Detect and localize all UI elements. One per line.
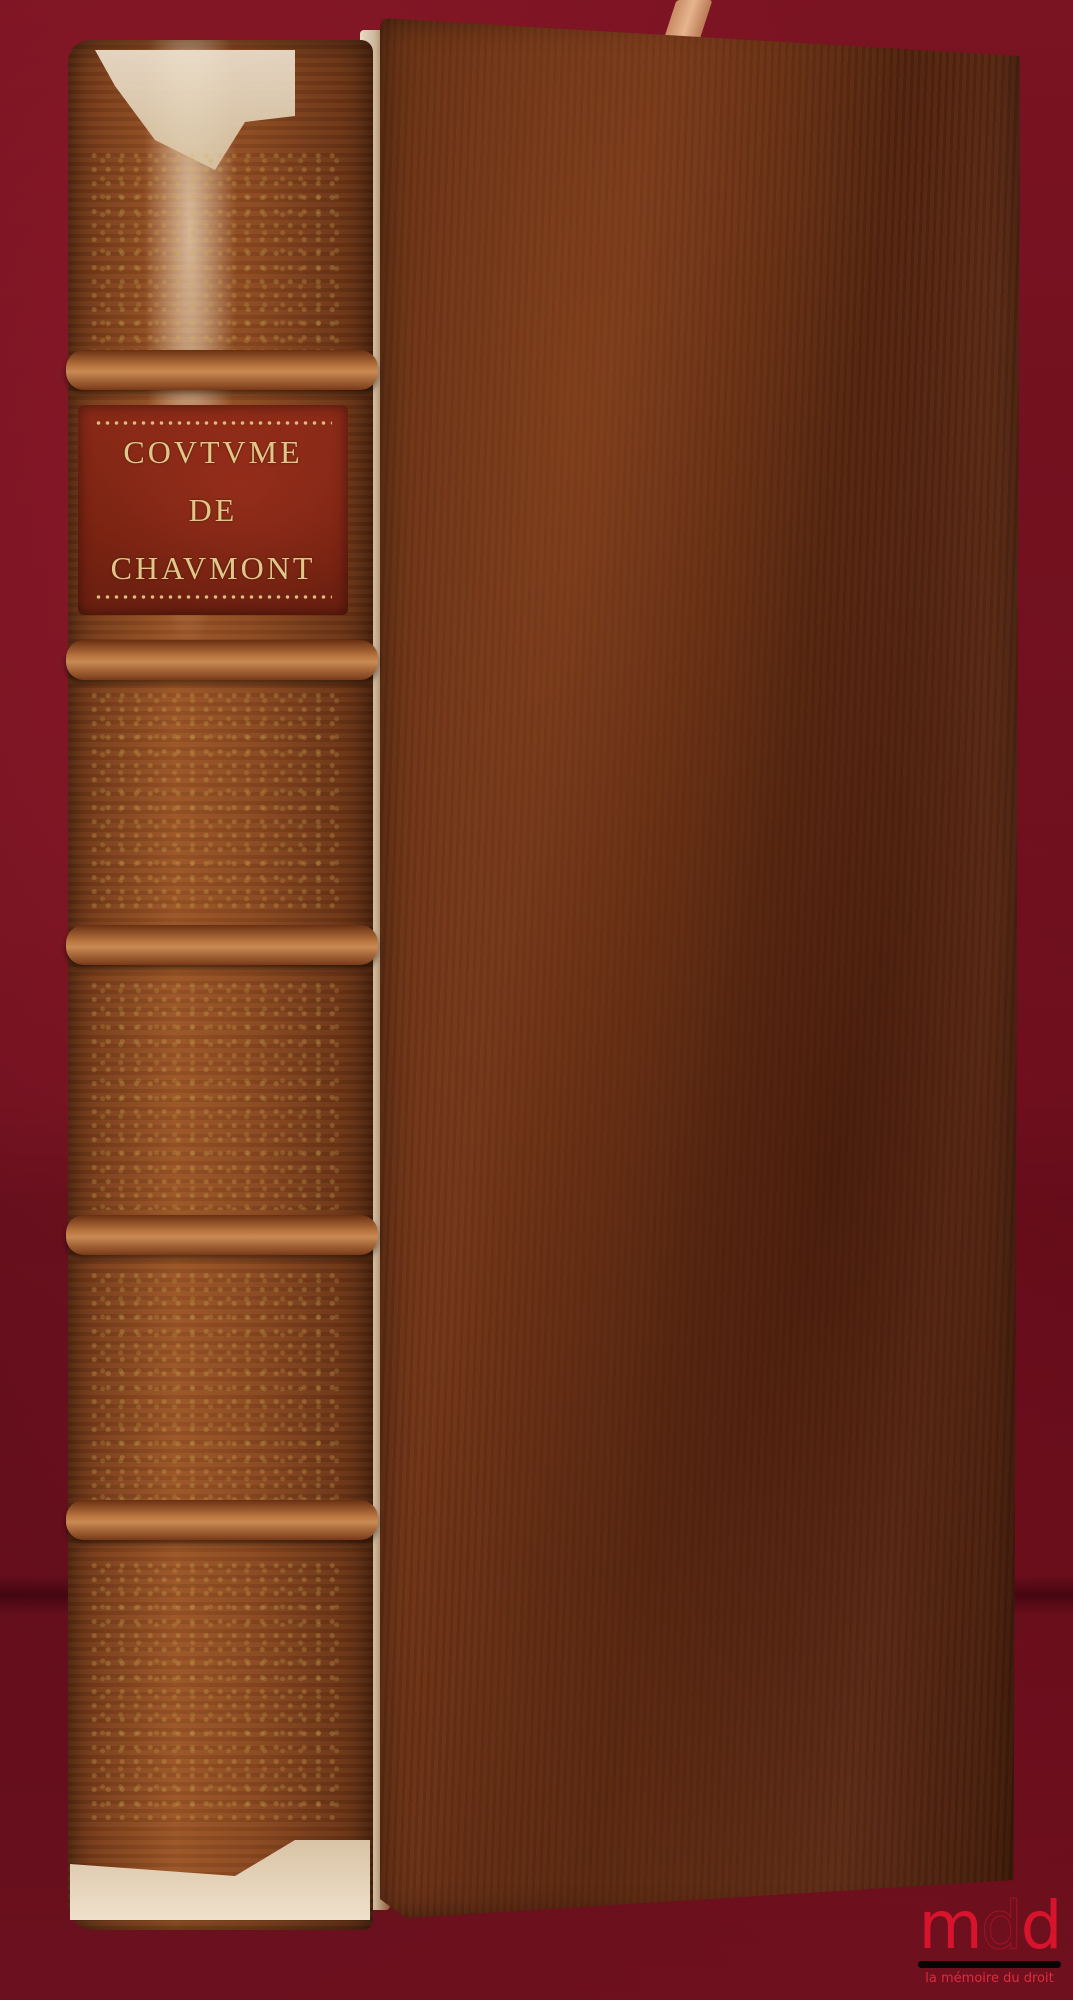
md-logo-icon: mdd <box>912 1895 1067 1957</box>
book-front-cover <box>380 18 1020 1918</box>
gilt-ornament-panel <box>90 690 340 910</box>
spine-raised-band <box>66 1215 378 1255</box>
logo-tagline: la mémoire du droit <box>912 1971 1067 1986</box>
title-line-1: COVTVME <box>123 436 302 468</box>
spine-title-label: COVTVME DE CHAVMONT <box>78 405 348 615</box>
title-line-3: CHAVMONT <box>111 552 316 584</box>
spine-raised-band <box>66 640 378 680</box>
watermark-logo: mdd la mémoire du droit <box>912 1895 1067 1986</box>
spine-raised-band <box>66 350 378 390</box>
gilt-ornament-panel <box>90 1270 340 1500</box>
gilt-ornament-panel <box>90 1560 340 1820</box>
spine-raised-band <box>66 925 378 965</box>
gilt-ornament-panel <box>90 150 340 380</box>
spine-raised-band <box>66 1500 378 1540</box>
gilt-ornament-panel <box>90 980 340 1210</box>
title-line-2: DE <box>189 494 238 526</box>
